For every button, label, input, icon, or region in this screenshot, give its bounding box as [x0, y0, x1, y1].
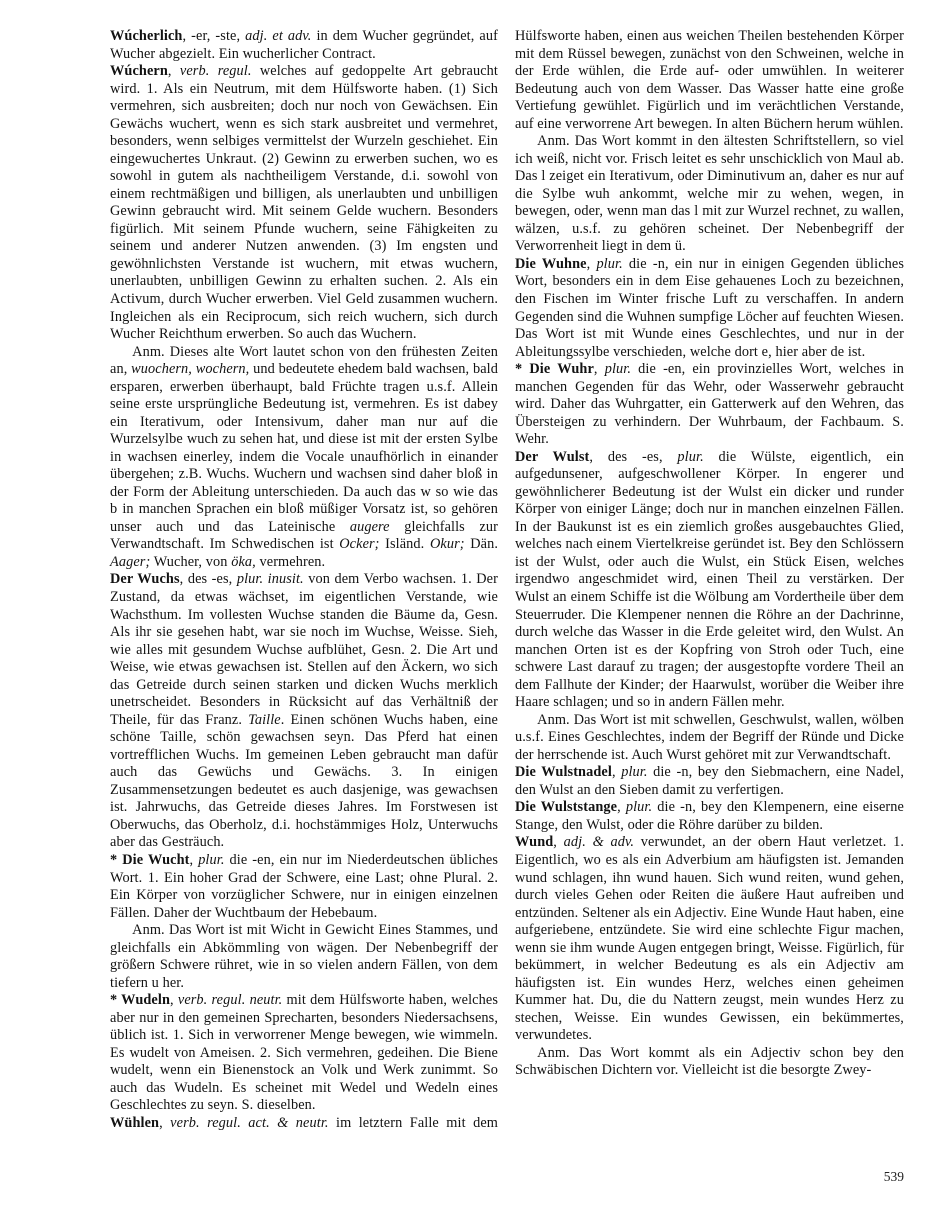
text-run: Taille	[248, 712, 281, 728]
text-run: . Einen schönen Wuchs haben, eine schöne…	[110, 712, 498, 851]
headword: Die Wulstnadel	[515, 764, 612, 780]
text-run: ,	[612, 764, 621, 780]
entry-wuehlen: Wühlen, verb. regul. act. & neutr. im le…	[110, 1115, 498, 1133]
headword: Die Wulststange	[515, 799, 617, 815]
text-run: verb. regul. neutr.	[178, 992, 282, 1008]
headword: * Die Wuhr	[515, 361, 594, 377]
text-run: wuochern, wochern,	[131, 361, 249, 377]
text-run: plur. inusit.	[237, 571, 304, 587]
text-run: ,	[190, 852, 199, 868]
text-run: ,	[594, 361, 605, 377]
text-run: verb. regul. act. & neutr.	[170, 1115, 328, 1131]
text-run: welches auf gedoppelte Art gebraucht wir…	[110, 63, 498, 342]
text-run: plur.	[621, 764, 647, 780]
anm-wund: Anm. Das Wort kommt als ein Adjectiv sch…	[515, 1045, 904, 1080]
text-run: öka,	[231, 554, 256, 570]
anm-wuehlen: Anm. Das Wort kommt in den ältesten Schr…	[515, 133, 904, 256]
text-run: Ocker;	[339, 536, 379, 552]
text-run: plur.	[677, 449, 703, 465]
headword: Wúcherlich	[110, 28, 182, 44]
text-run: und bedeutete ehedem bald wachsen, bald …	[110, 361, 498, 535]
text-run: von dem Verbo wachsen. 1. Der Zustand, d…	[110, 571, 498, 727]
entry-wulstnadel: Die Wulstnadel, plur. die -n, bey den Si…	[515, 764, 904, 799]
text-run: verwundet, an der obern Haut verletzet. …	[515, 834, 904, 1043]
entry-wuhr: * Die Wuhr, plur. die -en, ein provinzie…	[515, 361, 904, 449]
text-run: mit dem Hülfsworte haben, welches aber n…	[110, 992, 498, 1113]
page-number: 539	[515, 1169, 904, 1185]
entry-wuhne: Die Wuhne, plur. die -n, ein nur in eini…	[515, 256, 904, 361]
text-run: ,	[170, 992, 178, 1008]
anm-wucht: Anm. Das Wort ist mit Wicht in Gewicht E…	[110, 922, 498, 992]
dictionary-page: { "page": { "number": "539" }, "columns"…	[0, 0, 935, 1210]
entry-wund: Wund, adj. & adv. verwundet, an der ober…	[515, 834, 904, 1044]
text-run: , -er, -ste,	[182, 28, 245, 44]
entry-wulst: Der Wulst, des -es, plur. die Wülste, ei…	[515, 449, 904, 712]
headword: Der Wulst	[515, 449, 589, 465]
text-run: , des -es,	[589, 449, 677, 465]
headword: * Die Wucht	[110, 852, 190, 868]
page-background: Wúcherlich, -er, -ste, adj. et adv. in d…	[0, 0, 935, 1210]
headword: Wund	[515, 834, 553, 850]
text-run: vermehren.	[256, 554, 325, 570]
entry-wudeln: * Wudeln, verb. regul. neutr. mit dem Hü…	[110, 992, 498, 1115]
text-run: augere	[350, 519, 390, 535]
text-run: die Wülste, eigentlich, ein aufgedunsene…	[515, 449, 904, 710]
headword: Wühlen	[110, 1115, 159, 1131]
text-run: Dän.	[465, 536, 498, 552]
anm-wuchern: Anm. Dieses alte Wort lautet schon von d…	[110, 344, 498, 572]
headword: Der Wuchs	[110, 571, 180, 587]
headword: Wúchern	[110, 63, 168, 79]
text-run: Anm. Das Wort kommt als ein Adjectiv sch…	[515, 1045, 904, 1079]
text-run: plur.	[198, 852, 224, 868]
text-run: Isländ.	[380, 536, 430, 552]
entry-wucht: * Die Wucht, plur. die -en, ein nur im N…	[110, 852, 498, 922]
text-run: Anm. Das Wort ist mit Wicht in Gewicht E…	[110, 922, 498, 991]
text-run: im letztern Falle mit dem	[329, 1115, 498, 1131]
text-run: plur.	[596, 256, 622, 272]
anm-wulst: Anm. Das Wort ist mit schwellen, Geschwu…	[515, 712, 904, 765]
text-run: Hülfsworte haben, einen aus weichen Thei…	[515, 28, 904, 132]
text-run: ,	[168, 63, 180, 79]
text-run: Wucher, von	[150, 554, 231, 570]
text-run: ,	[159, 1115, 170, 1131]
text-run: Okur;	[430, 536, 465, 552]
entry-wuchs: Der Wuchs, des -es, plur. inusit. von de…	[110, 571, 498, 852]
text-run: adj. & adv.	[564, 834, 634, 850]
entry-wucherlich: Wúcherlich, -er, -ste, adj. et adv. in d…	[110, 28, 498, 63]
text-run: plur.	[626, 799, 652, 815]
entry-wuchern: Wúchern, verb. regul. welches auf gedopp…	[110, 63, 498, 344]
text-column-left: Wúcherlich, -er, -ste, adj. et adv. in d…	[110, 28, 498, 1132]
text-run: , des -es,	[180, 571, 237, 587]
text-run: ,	[587, 256, 597, 272]
text-run: ,	[553, 834, 563, 850]
headword: * Wudeln	[110, 992, 170, 1008]
entry-wulststange: Die Wulststange, plur. die -n, bey den K…	[515, 799, 904, 834]
text-run: Anm. Das Wort ist mit schwellen, Geschwu…	[515, 712, 904, 763]
text-run: ,	[617, 799, 626, 815]
text-run: plur.	[605, 361, 631, 377]
text-run: adj. et adv.	[245, 28, 311, 44]
text-run: verb. regul.	[180, 63, 252, 79]
headword: Die Wuhne	[515, 256, 587, 272]
text-run: Anm. Das Wort kommt in den ältesten Schr…	[515, 133, 904, 254]
text-column-right: Hülfsworte haben, einen aus weichen Thei…	[515, 28, 904, 1080]
text-run: Aager;	[110, 554, 150, 570]
entry-wuehlen-continuation: Hülfsworte haben, einen aus weichen Thei…	[515, 28, 904, 133]
